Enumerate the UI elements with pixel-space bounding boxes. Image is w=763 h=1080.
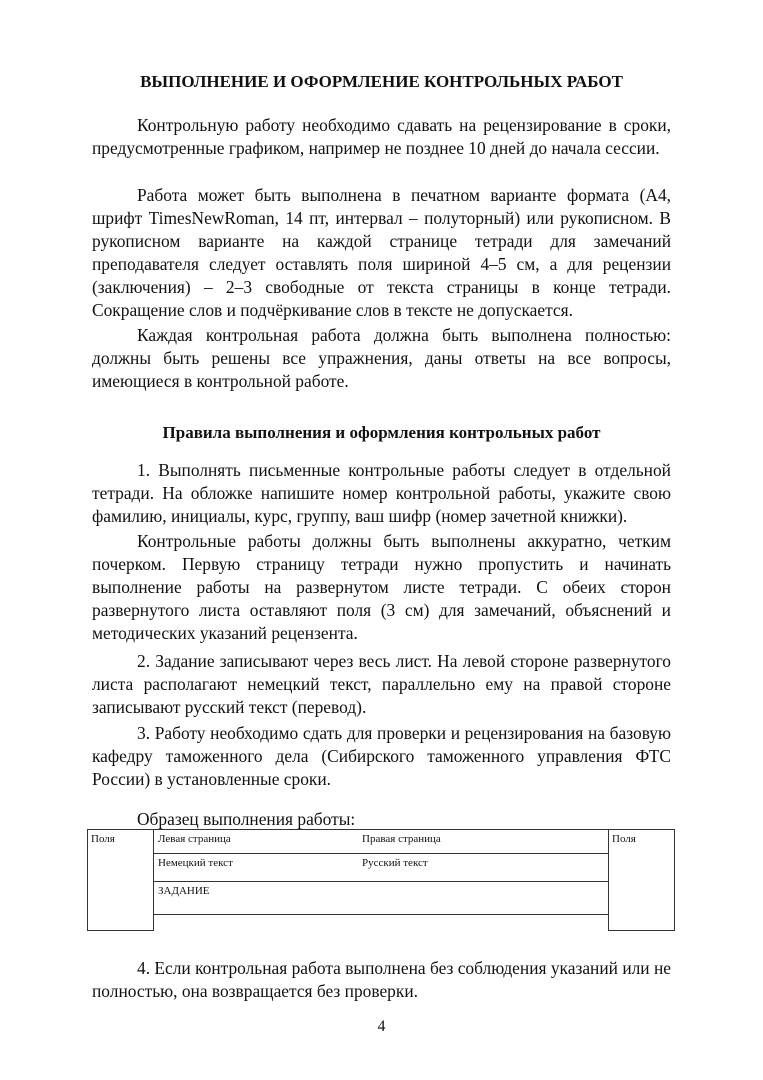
table-cell: ЗАДАНИЕ: [158, 884, 210, 898]
rule-paragraph-1-continued: Контрольные работы должны быть выполнены…: [92, 530, 671, 645]
page-number: 4: [0, 1017, 763, 1037]
table-row: [153, 914, 609, 931]
intro-paragraph-3: Каждая контрольная работа должна быть вы…: [92, 324, 671, 393]
table-cell: Правая страница: [362, 832, 441, 846]
page-title: ВЫПОЛНЕНИЕ И ОФОРМЛЕНИЕ КОНТРОЛЬНЫХ РАБО…: [92, 70, 671, 93]
table-cell: Русский текст: [362, 856, 428, 870]
content-columns: Левая страница Правая страница Немецкий …: [153, 829, 609, 933]
table-row: Левая страница Правая страница: [153, 829, 609, 853]
rule-paragraph-2: 2. Задание записывают через весь лист. Н…: [92, 650, 671, 719]
intro-paragraph-2: Работа может быть выполнена в печатном в…: [92, 184, 671, 322]
left-margin-column: Поля: [87, 829, 154, 931]
intro-paragraph-1: Контрольную работу необходимо сдавать на…: [92, 114, 671, 160]
rule-paragraph-1: 1. Выполнять письменные контрольные рабо…: [92, 459, 671, 528]
sample-caption: Образец выполнения работы:: [137, 808, 355, 831]
rule-paragraph-3: 3. Работу необходимо сдать для проверки …: [92, 722, 671, 791]
document-page: ВЫПОЛНЕНИЕ И ОФОРМЛЕНИЕ КОНТРОЛЬНЫХ РАБО…: [0, 0, 763, 1080]
rule-paragraph-4: 4. Если контрольная работа выполнена без…: [92, 957, 671, 1003]
right-margin-column: Поля: [608, 829, 675, 931]
section-subtitle: Правила выполнения и оформления контроль…: [92, 421, 671, 444]
table-row: ЗАДАНИЕ: [153, 881, 609, 914]
sample-layout-table: Поля Левая страница Правая страница Неме…: [87, 829, 675, 933]
table-row: Немецкий текст Русский текст: [153, 853, 609, 881]
table-cell: Немецкий текст: [158, 856, 233, 870]
table-cell: Левая страница: [158, 832, 231, 846]
